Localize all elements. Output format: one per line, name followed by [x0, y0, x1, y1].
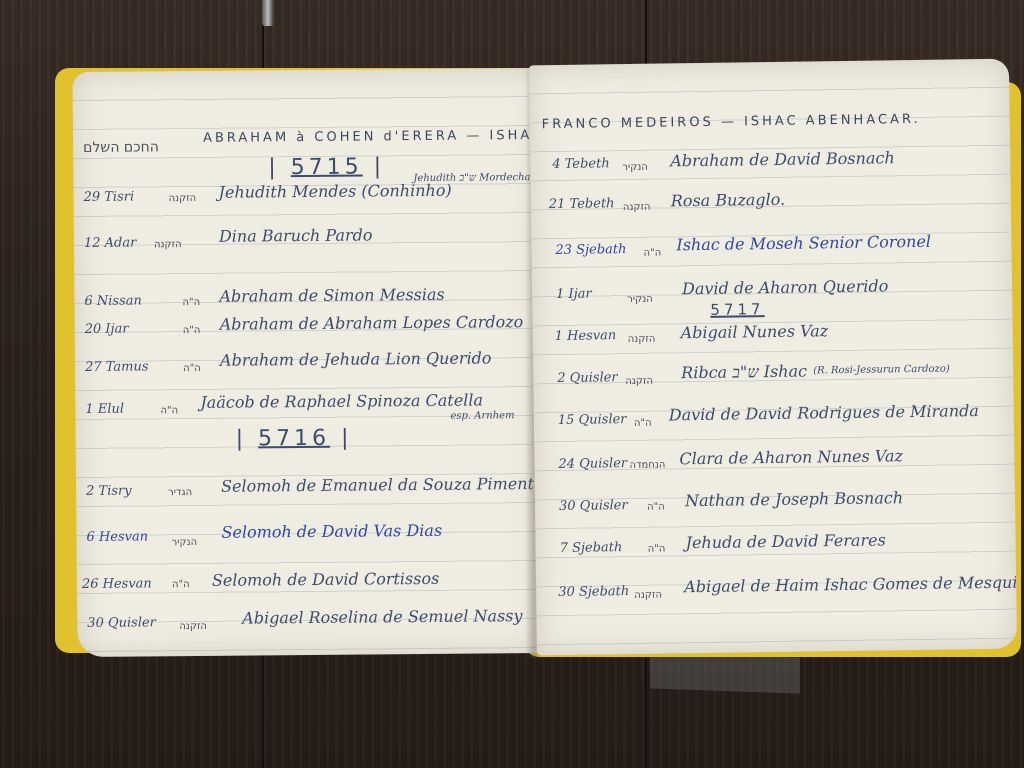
- page-heading: ABRAHAM à COHEN d'ERERA — ISHAC: [203, 128, 543, 146]
- entry-date: 30 Quisler: [559, 498, 628, 514]
- entry-date: 20 Ijar: [85, 322, 129, 337]
- entry-name: Selomoh de Emanuel da Souza Pimentel: [221, 474, 543, 496]
- entry-date: 2 Quisler: [557, 370, 618, 386]
- entry-date: 30 Sjebath: [558, 584, 629, 600]
- entry-honorific: ה"ה: [183, 325, 201, 336]
- entry-honorific: הזקנה: [625, 376, 653, 387]
- ruled-lines: [529, 59, 1017, 656]
- entry-honorific: הזקנה: [154, 239, 182, 250]
- entry-name: Abraham de Abraham Lopes Cardozo: [220, 312, 524, 334]
- pen-clip: [262, 0, 274, 26]
- entry-name: Selomoh de David Cortissos: [212, 569, 440, 590]
- entry-honorific: הזקנה: [623, 202, 651, 213]
- entry-name: Abraham de Simon Messias: [219, 285, 444, 306]
- entry-note: Jehudith ש"ב Mordechai: [413, 172, 533, 184]
- entry-honorific: ה"ה: [634, 418, 652, 429]
- entry-date: 2 Tisry: [86, 484, 132, 499]
- entry-note: esp. Arnhem: [450, 410, 514, 422]
- entry-honorific: ה"ה: [160, 405, 178, 416]
- entry-date: 6 Nissan: [84, 293, 142, 309]
- entry-date: 21 Tebeth: [549, 196, 615, 212]
- entry-name: Ishac de Moseh Senior Coronel: [676, 232, 931, 255]
- entry-honorific: ה"ה: [172, 579, 190, 590]
- entry-honorific: ה"ה: [648, 544, 666, 555]
- entry-name: Abraham de David Bosnach: [670, 148, 895, 170]
- entry-date: 29 Tisri: [83, 190, 134, 205]
- entry-name: Ribca ש"ב Ishac: [681, 362, 807, 384]
- entry-honorific: הזקנה: [634, 590, 662, 601]
- entry-name: Abraham de Jehuda Lion Querido: [220, 348, 492, 369]
- year-marker: 5717: [710, 300, 764, 319]
- entry-name: David de Aharon Querido: [682, 276, 888, 298]
- entry-honorific: הנקיר: [627, 294, 653, 305]
- entry-name: Abigail Nunes Vaz: [681, 321, 829, 342]
- entry-honorific: ה"ה: [182, 297, 200, 308]
- entry-name: Jehuda de David Ferares: [685, 530, 885, 552]
- entry-name: Nathan de Joseph Bosnach: [685, 488, 903, 510]
- entry-date: 30 Quisler: [87, 615, 156, 631]
- entry-honorific: הגדיר: [168, 487, 192, 498]
- entry-honorific: הזקנה: [179, 621, 207, 632]
- entry-date: 23 Sjebath: [555, 242, 626, 258]
- entry-date: 15 Quisler: [558, 412, 627, 428]
- entry-date: 6 Hesvan: [86, 529, 148, 545]
- left-page: החכם השלם ABRAHAM à COHEN d'ERERA — ISHA…: [72, 68, 542, 657]
- entry-date: 4 Tebeth: [552, 156, 610, 172]
- entry-date: 24 Quisler: [558, 456, 627, 472]
- entry-name: Rosa Buzaglo.: [671, 190, 786, 211]
- open-notebook: החכם השלם ABRAHAM à COHEN d'ERERA — ISHA…: [55, 62, 1024, 672]
- entry-name: Abigael Roselina de Semuel Nassy: [242, 606, 522, 627]
- hebrew-title: החכם השלם: [83, 139, 159, 156]
- entry-honorific: ה"ה: [647, 502, 665, 513]
- entry-date: 12 Adar: [84, 235, 136, 250]
- entry-name: Dina Baruch Pardo: [219, 225, 373, 245]
- entry-date: 27 Tamus: [85, 359, 149, 375]
- year-marker: | 5715 |: [268, 154, 385, 180]
- entry-name: Selomoh de David Vas Dias: [221, 521, 442, 542]
- entry-honorific: הנקיר: [172, 537, 198, 548]
- entry-honorific: ה"ה: [643, 248, 661, 259]
- right-page: FRANCO MEDEIROS — ISHAC ABENHACAR. 4 Teb…: [529, 59, 1017, 656]
- entry-name: Clara de Aharon Nunes Vaz: [679, 446, 903, 468]
- entry-date: 7 Sjebath: [560, 540, 623, 556]
- entry-honorific: הנקיר: [622, 162, 648, 173]
- entry-note: (R. Rosi-Jessurun Cardozo): [813, 364, 950, 377]
- entry-date: 1 Hesvan: [555, 328, 617, 344]
- entry-honorific: ה"ה: [183, 363, 201, 374]
- entry-date: 26 Hesvan: [82, 576, 152, 592]
- entry-date: 1 Elul: [85, 402, 124, 417]
- entry-honorific: הזקנה: [628, 334, 656, 345]
- year-marker: | 5716 |: [236, 426, 353, 452]
- entry-honorific: הזקנה: [169, 193, 197, 204]
- entry-date: 1 Ijar: [556, 287, 592, 302]
- entry-name: Jaäcob de Raphael Spinoza Catella: [200, 390, 483, 411]
- entry-honorific: הנחמדה: [629, 460, 665, 471]
